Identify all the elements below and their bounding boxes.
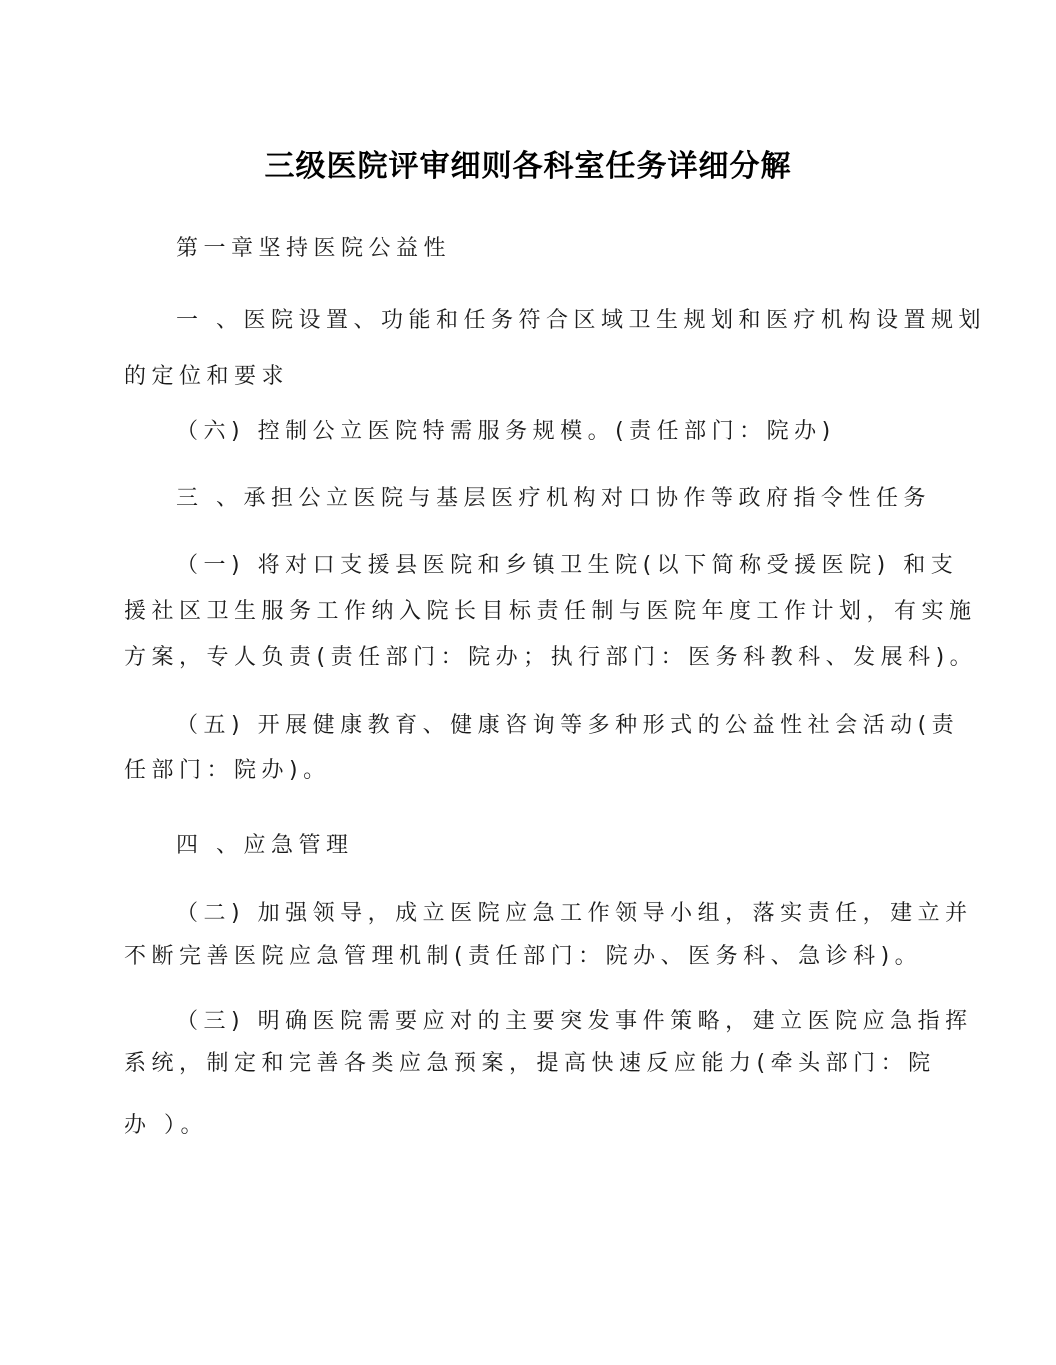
paragraph-line: （六) 控制公立医院特需服务规模。(责任部门：院办) [176,417,836,447]
paragraph-line: 方案，专人负责(责任部门：院办；执行部门：医务科教科、发展科)。 [124,643,977,673]
document-title: 三级医院评审细则各科室任务详细分解 [0,147,1056,187]
paragraph-line: 四 、应急管理 [176,831,354,861]
paragraph-line: 的定位和要求 [124,362,289,392]
paragraph-line: （二) 加强领导，成立医院应急工作领导小组，落实责任，建立并 [176,899,973,929]
paragraph-line: 一 、医院设置、功能和任务符合区域卫生规划和医疗机构设置规划 [176,306,986,336]
paragraph-line: 三 、承担公立医院与基层医疗机构对口协作等政府指令性任务 [176,484,931,514]
paragraph-line: 办 ）。 [124,1111,208,1141]
chapter-heading: 第一章坚持医院公益性 [176,234,451,264]
paragraph-line: （五) 开展健康教育、健康咨询等多种形式的公益性社会活动(责 [176,711,959,741]
paragraph-line: 援社区卫生服务工作纳入院长目标责任制与医院年度工作计划，有实施 [124,597,977,627]
paragraph-line: 任部门：院办)。 [124,756,331,786]
paragraph-line: 系统，制定和完善各类应急预案，提高快速反应能力(牵头部门：院 [124,1049,936,1079]
paragraph-line: （一) 将对口支援县医院和乡镇卫生院(以下简称受援医院) 和支 [176,551,958,581]
paragraph-line: 不断完善医院应急管理机制(责任部门：院办、医务科、急诊科)。 [124,942,922,972]
paragraph-line: （三) 明确医院需要应对的主要突发事件策略，建立医院应急指挥 [176,1007,973,1037]
document-page: 三级医院评审细则各科室任务详细分解 第一章坚持医院公益性 一 、医院设置、功能和… [0,0,1056,1365]
